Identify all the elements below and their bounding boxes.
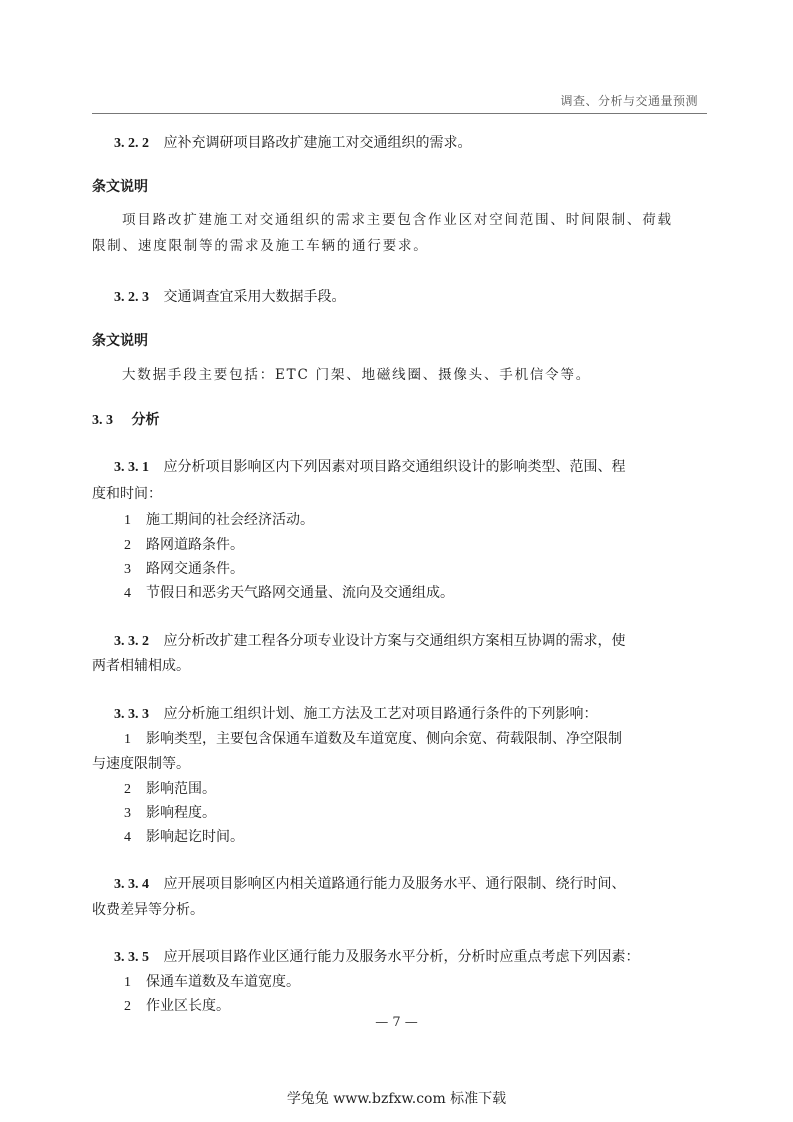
note-text: 项目路改扩建施工对交通组织的需求主要包含作业区对空间范围、时间限制、荷载 — [122, 210, 673, 230]
clause-number: 3. 3. 2 — [114, 634, 149, 649]
clause-3-3-5: 3. 3. 5 应开展项目路作业区通行能力及服务水平分析，分析时应重点考虑下列因… — [114, 947, 639, 968]
clause-3-3-1: 3. 3. 1 应分析项目影响区内下列因素对项目路交通组织设计的影响类型、范围、… — [114, 457, 625, 478]
clause-number: 3. 3. 5 — [114, 950, 149, 965]
clause-number: 3. 3. 1 — [114, 460, 149, 475]
list-item: 1保通车道数及车道宽度。 — [124, 972, 300, 993]
clause-number: 3. 3. 4 — [114, 877, 149, 892]
clause-text: 应分析施工组织计划、施工方法及工艺对项目路通行条件的下列影响： — [163, 706, 597, 722]
note-text: 限制、速度限制等的需求及施工车辆的通行要求。 — [92, 236, 429, 256]
clause-text-continued: 两者相辅相成。 — [92, 656, 190, 676]
clause-text: 应分析改扩建工程各分项专业设计方案与交通组织方案相互协调的需求，使 — [163, 633, 625, 649]
note-title: 条文说明 — [92, 331, 148, 351]
list-item: 2路网道路条件。 — [124, 535, 244, 556]
list-item: 4节假日和恶劣天气路网交通量、流向及交通组成。 — [124, 583, 454, 604]
list-item: 2影响范围。 — [124, 779, 216, 800]
list-item: 1施工期间的社会经济活动。 — [124, 510, 314, 531]
clause-number: 3. 2. 2 — [114, 136, 149, 151]
clause-number: 3. 2. 3 — [114, 290, 149, 305]
clause-3-2-3: 3. 2. 3 交通调查宜采用大数据手段。 — [114, 287, 345, 308]
section-number: 3. 3 — [92, 413, 113, 428]
footer-watermark: 学兔兔 www.bzfxw.com 标准下载 — [0, 1088, 793, 1108]
section-3-3: 3. 3 分析 — [92, 410, 159, 431]
clause-3-3-4: 3. 3. 4 应开展项目影响区内相关道路通行能力及服务水平、通行限制、绕行时间… — [114, 874, 625, 895]
list-item: 3影响程度。 — [124, 803, 216, 824]
list-item: 3路网交通条件。 — [124, 559, 244, 580]
list-item: 1影响类型，主要包含保通车道数及车道宽度、侧向余宽、荷载限制、净空限制 — [124, 729, 622, 750]
clause-text: 应补充调研项目路改扩建施工对交通组织的需求。 — [163, 135, 471, 151]
list-item: 2作业区长度。 — [124, 996, 230, 1017]
clause-text: 应开展项目影响区内相关道路通行能力及服务水平、通行限制、绕行时间、 — [163, 876, 625, 892]
clause-text-continued: 收费差异等分析。 — [92, 900, 204, 920]
section-title: 分析 — [131, 412, 159, 428]
list-item: 4影响起讫时间。 — [124, 827, 244, 848]
note-text: 大数据手段主要包括：ETC 门架、地磁线圈、摄像头、手机信令等。 — [122, 365, 591, 385]
page-number: — 7 — — [0, 1015, 793, 1030]
clause-text: 应开展项目路作业区通行能力及服务水平分析，分析时应重点考虑下列因素： — [163, 949, 639, 965]
clause-text: 交通调查宜采用大数据手段。 — [163, 289, 345, 305]
clause-text-continued: 度和时间： — [92, 484, 162, 504]
clause-3-3-3: 3. 3. 3 应分析施工组织计划、施工方法及工艺对项目路通行条件的下列影响： — [114, 704, 597, 725]
clause-text: 应分析项目影响区内下列因素对项目路交通组织设计的影响类型、范围、程 — [163, 459, 625, 475]
list-item-continued: 与速度限制等。 — [92, 754, 190, 774]
clause-3-3-2: 3. 3. 2 应分析改扩建工程各分项专业设计方案与交通组织方案相互协调的需求，… — [114, 631, 625, 652]
header-divider — [92, 113, 707, 114]
note-title: 条文说明 — [92, 177, 148, 197]
clause-3-2-2: 3. 2. 2 应补充调研项目路改扩建施工对交通组织的需求。 — [114, 133, 471, 154]
running-title: 调查、分析与交通量预测 — [560, 92, 698, 109]
clause-number: 3. 3. 3 — [114, 707, 149, 722]
